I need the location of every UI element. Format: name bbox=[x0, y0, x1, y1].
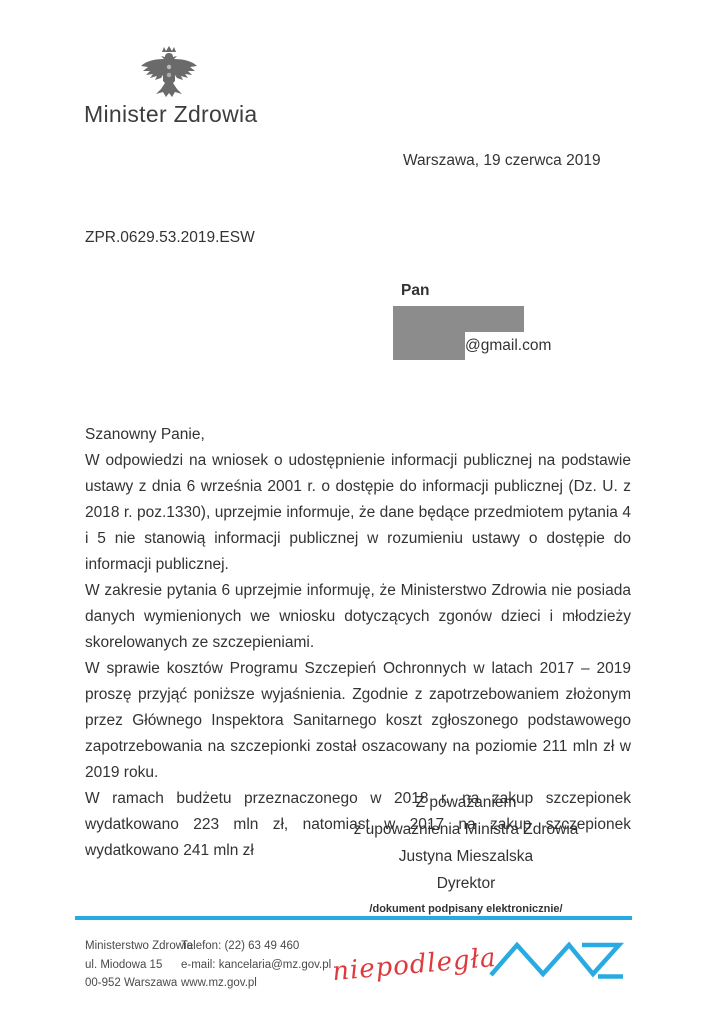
place-and-date: Warszawa, 19 czerwca 2019 bbox=[403, 152, 601, 170]
footer-contact: Telefon: (22) 63 49 460 e-mail: kancelar… bbox=[181, 937, 331, 993]
recipient-block: Pan @gmail.com bbox=[393, 282, 551, 360]
greeting: Szanowny Panie, bbox=[85, 422, 631, 448]
body-paragraph: W sprawie kosztów Programu Szczepień Och… bbox=[85, 656, 631, 786]
footer-address-line: Ministerstwo Zdrowia bbox=[85, 937, 193, 956]
redacted-email-username bbox=[393, 332, 465, 360]
electronic-signature-note: /dokument podpisany elektronicznie/ bbox=[280, 901, 652, 917]
footer-website: www.mz.gov.pl bbox=[181, 974, 331, 993]
niepodlegla-logo: niepodległa bbox=[331, 943, 498, 987]
footer-address: Ministerstwo Zdrowia ul. Miodowa 15 00-9… bbox=[85, 937, 193, 993]
recipient-email-row: @gmail.com bbox=[393, 332, 551, 360]
footer-divider bbox=[75, 916, 632, 920]
letter-page: Minister Zdrowia Warszawa, 19 czerwca 20… bbox=[0, 0, 701, 1024]
signer-name: Justyna Mieszalska bbox=[280, 843, 652, 870]
reference-number: ZPR.0629.53.2019.ESW bbox=[85, 229, 255, 247]
redacted-recipient-name bbox=[393, 306, 524, 332]
signature-block: Z poważaniem z upoważnienia Ministra Zdr… bbox=[280, 789, 652, 917]
footer-phone: Telefon: (22) 63 49 460 bbox=[181, 937, 331, 956]
body-paragraph: W odpowiedzi na wniosek o udostępnienie … bbox=[85, 448, 631, 578]
email-domain-text: @gmail.com bbox=[465, 337, 551, 355]
mz-logo-icon bbox=[488, 941, 628, 979]
footer-address-line: 00-952 Warszawa bbox=[85, 974, 193, 993]
polish-eagle-emblem-icon bbox=[136, 45, 202, 103]
signer-title: Dyrektor bbox=[280, 870, 652, 897]
footer-address-line: ul. Miodowa 15 bbox=[85, 956, 193, 975]
ministry-name: Minister Zdrowia bbox=[84, 101, 258, 128]
footer-email: e-mail: kancelaria@mz.gov.pl bbox=[181, 956, 331, 975]
body-paragraph: W zakresie pytania 6 uprzejmie informuję… bbox=[85, 578, 631, 656]
authorization-line: z upoważnienia Ministra Zdrowia bbox=[280, 816, 652, 843]
closing-phrase: Z poważaniem bbox=[280, 789, 652, 816]
recipient-salutation: Pan bbox=[393, 282, 551, 300]
